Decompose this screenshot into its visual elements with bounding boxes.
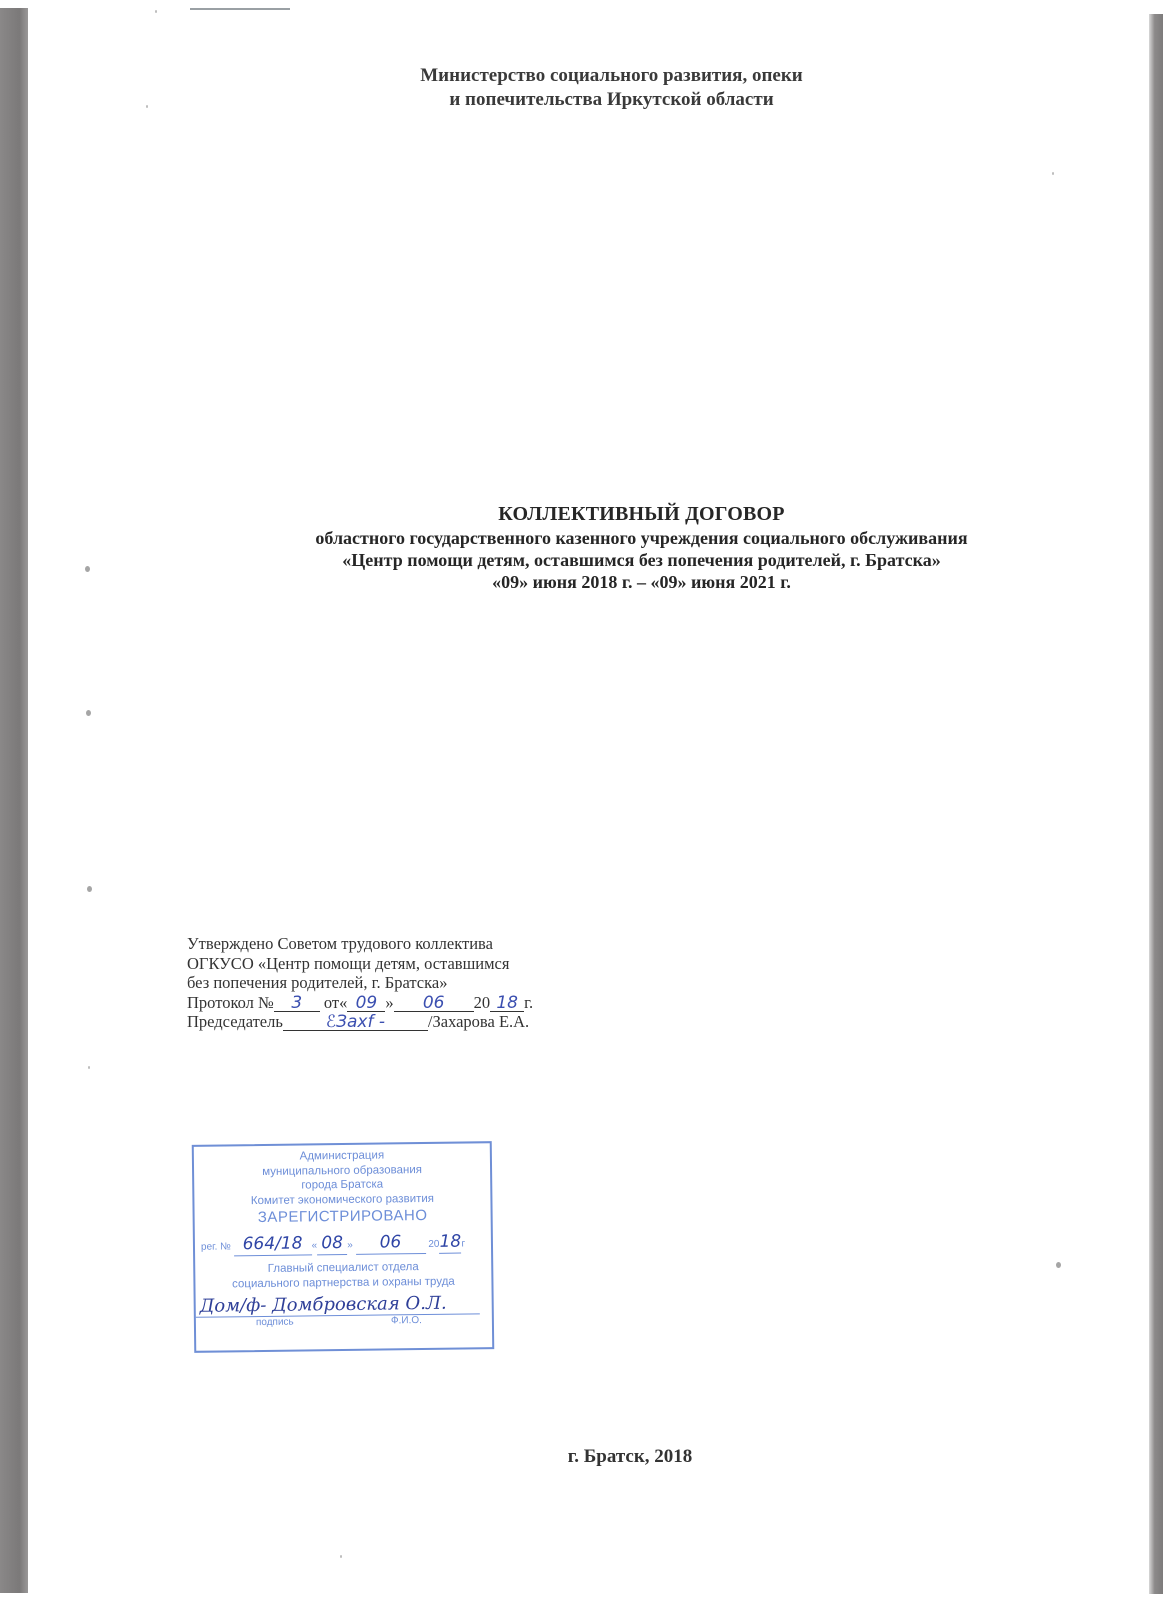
binder-hole-mark bbox=[85, 566, 90, 572]
protocol-month: 06 bbox=[423, 993, 445, 1013]
stamp-reg-month: 06 bbox=[380, 1232, 402, 1252]
ministry-header: Министерство социального развития, опеки… bbox=[230, 64, 993, 112]
scan-speck bbox=[1056, 1262, 1061, 1268]
approval-line-1: Утверждено Советом трудового коллектива bbox=[187, 934, 533, 954]
institution-line-1: областного государственного казенного уч… bbox=[200, 527, 1083, 549]
protocol-quote-close: » bbox=[385, 993, 393, 1012]
scan-speck bbox=[155, 10, 157, 13]
approval-line-3: без попечения родителей, г. Братска» bbox=[187, 973, 533, 993]
stamp-position-line-2: социального партнерства и охраны труда bbox=[195, 1274, 491, 1292]
chair-signature: ℰЗахf - bbox=[326, 1012, 385, 1032]
stamp-reg-number: 664/18 bbox=[243, 1233, 303, 1254]
stamp-reg-year-end: г bbox=[461, 1239, 465, 1250]
registration-stamp: Администрация муниципального образования… bbox=[192, 1141, 495, 1353]
stamp-registered: ЗАРЕГИСТРИРОВАНО bbox=[195, 1205, 491, 1229]
stamp-reg-day: 08 bbox=[321, 1233, 343, 1253]
stamp-reg-label: рег. № bbox=[201, 1241, 231, 1252]
institution-line-2: «Центр помощи детям, оставшимся без попе… bbox=[200, 549, 1083, 571]
document-title: КОЛЛЕКТИВНЫЙ ДОГОВОР bbox=[200, 502, 1083, 527]
document-title-block: КОЛЛЕКТИВНЫЙ ДОГОВОР областного государс… bbox=[200, 502, 1083, 593]
stamp-reg-year-prefix: 20 bbox=[428, 1239, 439, 1250]
scan-edge-top bbox=[190, 8, 290, 10]
scan-edge-left bbox=[0, 8, 28, 1593]
binder-hole-mark bbox=[86, 710, 91, 716]
chair-name: /Захарова Е.А. bbox=[428, 1012, 529, 1031]
stamp-caption-name: Ф.И.О. bbox=[391, 1315, 422, 1326]
protocol-year-suffix: 18 bbox=[496, 993, 518, 1013]
protocol-year-end: г. bbox=[524, 993, 533, 1012]
stamp-reg-year-suffix: 18 bbox=[439, 1232, 461, 1252]
protocol-number: 3 bbox=[291, 993, 302, 1013]
scan-speck bbox=[1052, 172, 1054, 175]
binder-hole-mark bbox=[87, 886, 92, 892]
chair-line: ПредседательℰЗахf -/Захарова Е.А. bbox=[187, 1012, 533, 1032]
stamp-caption-signature: подпись bbox=[256, 1317, 294, 1328]
stamp-reg-day-close: » bbox=[347, 1240, 353, 1251]
validity-period: «09» июня 2018 г. – «09» июня 2021 г. bbox=[200, 571, 1083, 593]
scan-edge-right bbox=[1149, 14, 1163, 1594]
scan-speck bbox=[146, 105, 148, 108]
ministry-line-1: Министерство социального развития, опеки bbox=[230, 64, 993, 88]
binder-hole-mark bbox=[88, 1066, 90, 1069]
stamp-captions: подпись Ф.И.О. bbox=[196, 1314, 492, 1329]
chair-label: Председатель bbox=[187, 1012, 283, 1031]
approval-line-2: ОГКУСО «Центр помощи детям, оставшимся bbox=[187, 954, 533, 974]
ministry-line-2: и попечительства Иркутской области bbox=[230, 88, 993, 112]
approval-block: Утверждено Советом трудового коллектива … bbox=[187, 934, 533, 1032]
scan-speck bbox=[340, 1555, 342, 1558]
protocol-label: Протокол № bbox=[187, 993, 274, 1012]
stamp-reg-row: рег. № 664/18«08» 06 2018г bbox=[195, 1233, 491, 1257]
city-year: г. Братск, 2018 bbox=[520, 1446, 740, 1468]
protocol-day: 09 bbox=[356, 993, 378, 1013]
protocol-year-prefix: 20 bbox=[474, 993, 491, 1012]
protocol-from-label: от« bbox=[324, 993, 348, 1012]
protocol-line: Протокол №3 от«09»062018г. bbox=[187, 993, 533, 1013]
